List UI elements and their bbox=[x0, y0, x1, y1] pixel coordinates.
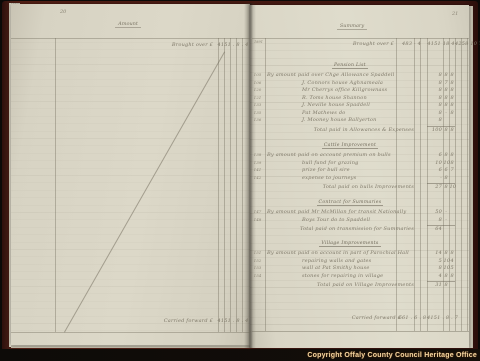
row-amount: - bbox=[428, 175, 442, 181]
row-amount: 5 bbox=[428, 258, 442, 264]
section-total-amount: 8 bbox=[444, 127, 450, 133]
ruled-lines bbox=[11, 42, 250, 335]
row-amount: 8 bbox=[450, 102, 456, 108]
row-amount: 8 bbox=[450, 152, 456, 158]
section-total-label: Total paid on Village Improvements bbox=[265, 282, 414, 288]
row-amount: 6 bbox=[428, 152, 442, 158]
row-amount: 8 bbox=[428, 117, 442, 123]
section-title: Pension List bbox=[280, 63, 420, 69]
row-description: stones for repairing in village bbox=[302, 273, 383, 279]
row-description: J. Connors house Aghnameala bbox=[302, 80, 383, 86]
row-number: 121 bbox=[251, 95, 264, 100]
row-number: 148 bbox=[251, 217, 264, 222]
column-rule-right-page bbox=[461, 38, 462, 331]
section-total-amount: 27 bbox=[424, 184, 442, 190]
row-amount: 8 bbox=[444, 152, 450, 158]
row-amount: 8 bbox=[450, 250, 456, 256]
section-title-text: Cattle Improvement bbox=[322, 143, 378, 149]
row-description: bull fund for grazing bbox=[302, 160, 359, 166]
row-amount: 8 bbox=[428, 102, 442, 108]
row-amount: 8 bbox=[444, 72, 450, 78]
section-total-label: Total paid on transmission for Summaries bbox=[265, 226, 414, 232]
row-number: 135 bbox=[251, 110, 264, 115]
page-title-left: Amount bbox=[78, 21, 178, 27]
row-description: By amount paid over Chge Allowance Spadd… bbox=[267, 72, 394, 78]
column-rule-left-page bbox=[218, 38, 219, 332]
row-amount: 10 bbox=[444, 265, 450, 271]
row-amount: 8 bbox=[450, 87, 456, 93]
row-amount: 8 bbox=[450, 95, 456, 101]
row-number: 151 bbox=[251, 250, 264, 255]
section-title: Cattle Improvement bbox=[280, 143, 420, 149]
carried-forward-g1: 661 . 6 . 8 bbox=[398, 315, 427, 321]
row-amount: 8 bbox=[450, 80, 456, 86]
section-total-amount: 64 bbox=[424, 226, 442, 232]
section-title: Contract for Summaries bbox=[280, 200, 420, 206]
brought-over-amount-left: 4151 . 8 . 4 bbox=[216, 42, 250, 48]
row-number: 133 bbox=[251, 102, 264, 107]
row-description: By amount paid on account in part of Par… bbox=[267, 250, 409, 256]
header-rule bbox=[11, 38, 250, 39]
page-number-left: 20 bbox=[60, 9, 66, 15]
row-amount: - bbox=[444, 209, 450, 215]
row-amount: - bbox=[444, 217, 450, 223]
row-amount: 8 bbox=[444, 250, 450, 256]
row-amount: 10 bbox=[428, 160, 442, 166]
row-number: 152 bbox=[251, 258, 264, 263]
row-amount: 8 bbox=[444, 175, 450, 181]
row-amount: 8 bbox=[444, 95, 450, 101]
copyright-text: Copyright Offaly County Council Heritage… bbox=[307, 352, 480, 359]
row-amount: 14 bbox=[428, 250, 442, 256]
header-rule bbox=[252, 331, 469, 332]
row-amount: 8 bbox=[450, 110, 456, 116]
page-number-right: 21 bbox=[452, 11, 458, 17]
row-number: 153 bbox=[251, 265, 264, 270]
row-description: wall at Pat Smithy house bbox=[302, 265, 370, 271]
row-number: 147 bbox=[251, 209, 264, 214]
section-title-text: Contract for Summaries bbox=[317, 200, 384, 206]
section-total-amount: 100 bbox=[424, 127, 442, 133]
year-label: 1891 bbox=[252, 40, 265, 45]
row-description: repairing walls and gates bbox=[302, 258, 371, 264]
row-amount: 10 bbox=[444, 160, 450, 166]
row-number: 120 bbox=[251, 87, 264, 92]
row-amount: 50 bbox=[428, 209, 442, 215]
row-number: 141 bbox=[251, 167, 264, 172]
carried-forward-g2: 4151 . 8 . 7 bbox=[427, 315, 455, 321]
row-number: 154 bbox=[251, 273, 264, 278]
carried-forward-label-left: Carried forward £ bbox=[140, 318, 213, 324]
row-description: Boys Tour do to Spaddell bbox=[302, 217, 370, 223]
row-number: 139 bbox=[251, 160, 264, 165]
brought-over-label-right: Brought over £ bbox=[330, 41, 394, 47]
row-amount: 5 bbox=[450, 265, 456, 271]
row-number: 138 bbox=[251, 152, 264, 157]
row-amount: 8 bbox=[428, 80, 442, 86]
ledger-scan: 20 Amount Brought over £ 4151 . 8 . 4 Ca… bbox=[0, 0, 480, 361]
column-rule-right-page bbox=[414, 38, 415, 331]
row-amount: 4 bbox=[428, 273, 442, 279]
row-description: J. Mooney house Ballyerton bbox=[302, 117, 377, 123]
section-total-label: Total paid in Allowances & Expenses bbox=[265, 127, 414, 133]
row-description: R. Toms house Shannon bbox=[302, 95, 367, 101]
section-title-text: Village Improvements bbox=[319, 241, 380, 247]
row-amount: 4 bbox=[450, 258, 456, 264]
row-amount: 8 bbox=[428, 72, 442, 78]
row-amount: 8 bbox=[428, 265, 442, 271]
section-title-text: Pension List bbox=[332, 63, 368, 69]
column-rule-left-page bbox=[224, 38, 225, 332]
column-rule-left-page bbox=[55, 38, 56, 332]
row-amount: 7 bbox=[444, 80, 450, 86]
column-rule-left-page bbox=[242, 38, 243, 332]
row-amount: 8 bbox=[444, 87, 450, 93]
row-description: By amount paid on account premium on bul… bbox=[267, 152, 391, 158]
copyright-bar: Copyright Offaly County Council Heritage… bbox=[0, 349, 480, 361]
section-title: Village Improvements bbox=[280, 241, 420, 247]
row-number: 142 bbox=[251, 175, 264, 180]
row-amount: 8 bbox=[450, 72, 456, 78]
carried-forward-label-right: Carried forward £ bbox=[330, 315, 401, 321]
row-amount: 8 bbox=[444, 273, 450, 279]
ledger-page-left bbox=[11, 4, 250, 345]
column-rule-right-page bbox=[420, 38, 421, 331]
row-number: 136 bbox=[251, 117, 264, 122]
row-amount: 8 bbox=[444, 102, 450, 108]
header-rule bbox=[252, 38, 469, 39]
row-amount: 8 bbox=[428, 95, 442, 101]
section-total-amount: 31 bbox=[424, 282, 442, 288]
column-rule-left-page bbox=[230, 38, 231, 332]
row-amount: 8 bbox=[428, 110, 442, 116]
section-total-amount: 8 bbox=[444, 282, 450, 288]
row-number: 106 bbox=[251, 80, 264, 85]
section-total-label: Total paid on bulls Improvements bbox=[265, 184, 414, 190]
row-amount: 8 bbox=[450, 273, 456, 279]
row-description: prize for bull sire bbox=[302, 167, 350, 173]
row-description: J. Neville house Spaddell bbox=[302, 102, 370, 108]
brought-over-g2: 4151 18 4 bbox=[427, 41, 455, 47]
row-amount: 8 bbox=[428, 87, 442, 93]
row-amount: 8 bbox=[428, 217, 442, 223]
carried-forward-amount-left: 4151 . 8 . 4 bbox=[216, 318, 250, 324]
row-amount: 8 bbox=[450, 160, 456, 166]
row-amount: 6 bbox=[444, 167, 450, 173]
row-amount: 10 bbox=[444, 258, 450, 264]
row-amount: 7 bbox=[450, 167, 456, 173]
brought-over-label-left: Brought over £ bbox=[150, 42, 213, 48]
row-amount: - bbox=[444, 110, 450, 116]
column-rule-right-page bbox=[467, 38, 468, 331]
section-total-amount: 8 bbox=[450, 127, 456, 133]
row-number: 105 bbox=[251, 72, 264, 77]
brought-over-g1: 483 - 4 bbox=[396, 41, 427, 47]
row-description: Mr Cherrys office Killgrownass bbox=[302, 87, 387, 93]
section-total-amount: 8 bbox=[444, 184, 450, 190]
row-description: Pat Mathews do bbox=[302, 110, 345, 116]
column-rule-left-page bbox=[236, 38, 237, 332]
row-amount: 6 bbox=[428, 167, 442, 173]
page-title-right: Summary bbox=[300, 23, 404, 29]
row-description: expense to journeys bbox=[302, 175, 356, 181]
section-total-amount: 10 bbox=[450, 184, 456, 190]
header-rule bbox=[11, 332, 250, 333]
row-description: By amount paid Mr McMillan for transit N… bbox=[267, 209, 406, 215]
